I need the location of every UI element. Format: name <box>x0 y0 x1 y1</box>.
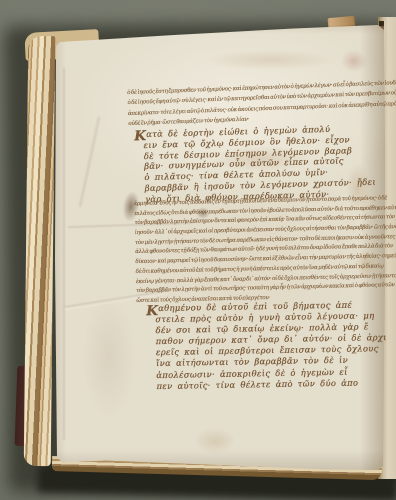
parchment-stain <box>341 50 367 72</box>
ink-blot <box>196 207 210 219</box>
page-edge-stack-left <box>24 36 56 466</box>
initial-kappa: Κ <box>146 303 158 319</box>
manuscript-photo: ὁ δὲ ἰησοῦς ἔστη ἔμπροσθεν τοῦ ἡγεμόνος·… <box>0 0 396 500</box>
lemma-lines: ατὰ δὲ ἑορτὴν εἰώθει ὁ ἡγεμὼν ἀπολύειν ἕ… <box>143 123 357 204</box>
parchment-stain <box>194 428 236 454</box>
parchment-stain <box>82 295 136 420</box>
initial-kappa: Κ <box>134 128 146 144</box>
parchment-stain <box>205 50 335 70</box>
commentary-block-middle: ἑρμηνεία· ἔθος ἦν τοῖς ἰουδαίοις ἐν τῇ ἑ… <box>134 196 374 308</box>
gospel-lemma-block-2: Κ αθημένου δὲ αὐτοῦ ἐπὶ τοῦ βήματος ἀπέσ… <box>155 300 357 392</box>
parchment-crease <box>63 68 65 440</box>
gospel-lemma-block-1: Κ ατὰ δὲ ἑορτὴν εἰώθει ὁ ἡγεμὼν ἀπολύειν… <box>143 123 357 204</box>
lemma-lines: αθημένου δὲ αὐτοῦ ἐπὶ τοῦ βήματος ἀπέστε… <box>155 300 357 392</box>
